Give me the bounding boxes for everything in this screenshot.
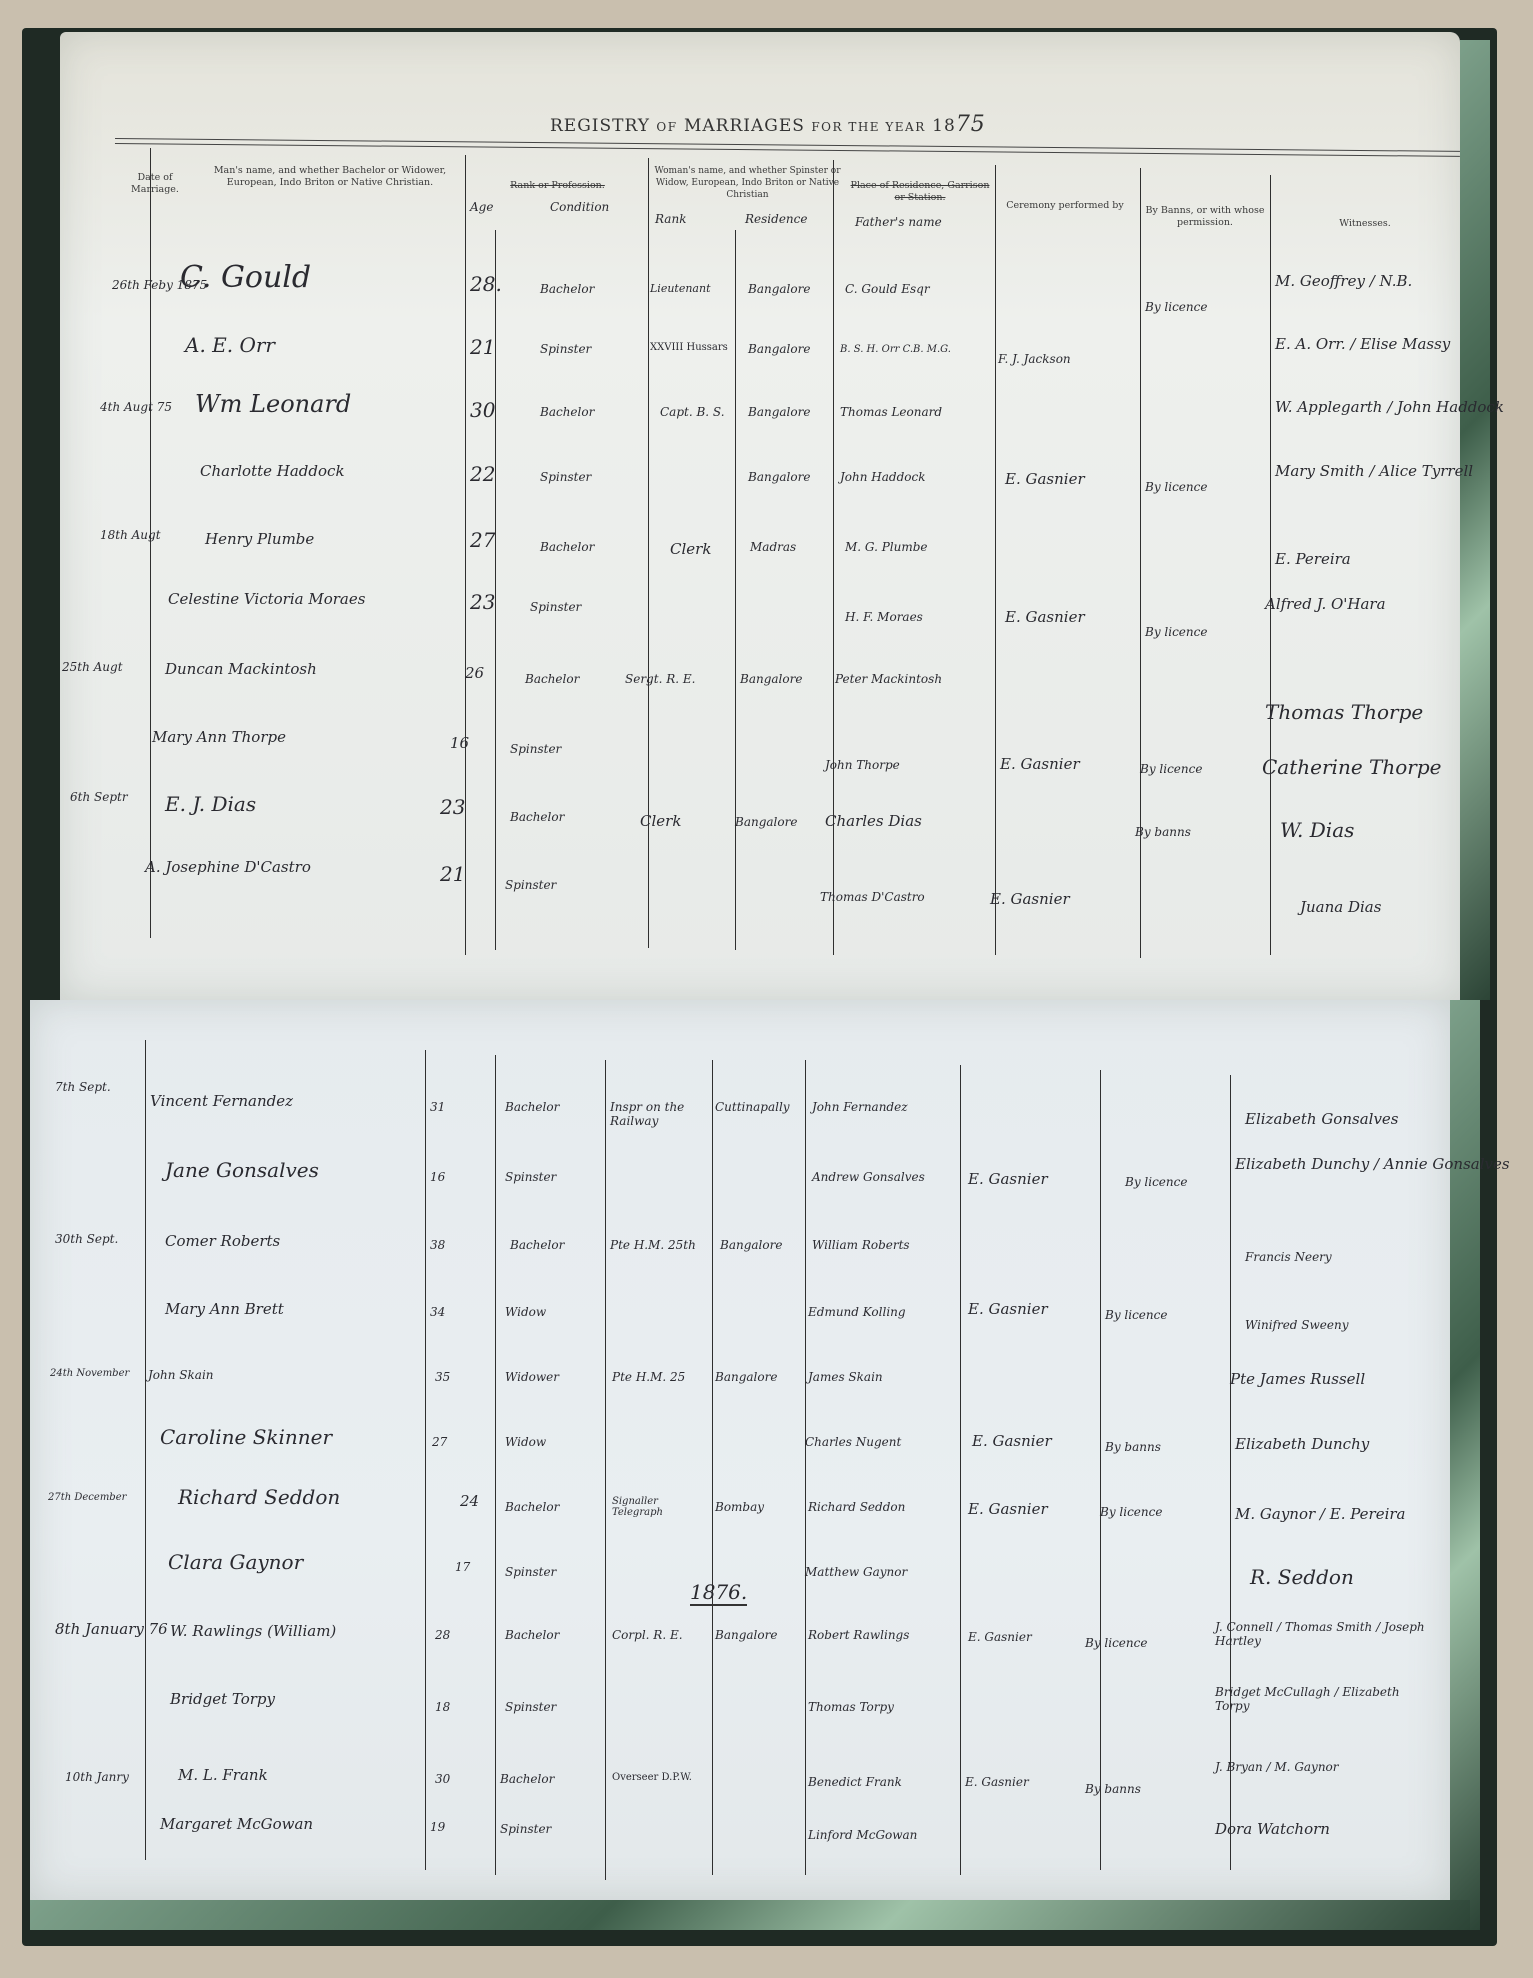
cell-age: 21 — [440, 862, 465, 886]
cell-condition: Spinster — [540, 342, 591, 356]
cell-condition: Bachelor — [510, 1238, 564, 1252]
cell-age: 30 — [470, 398, 495, 422]
cell-condition: Widow — [505, 1435, 546, 1449]
col-divider — [605, 1060, 606, 1880]
cell-witnesses: J. Connell / Thomas Smith / Joseph Hartl… — [1215, 1620, 1430, 1648]
cell-residence: Bangalore — [748, 405, 810, 419]
cell-witnesses: Juana Dias — [1300, 898, 1381, 916]
header-woman: Woman's name, and whether Spinster or Wi… — [650, 165, 845, 201]
header-place: Place of Residence, Garrison or Station. — [850, 180, 990, 204]
col-divider — [995, 165, 996, 955]
header-man: Man's name, and whether Bachelor or Wido… — [195, 165, 465, 189]
cell-witnesses: Dora Watchorn — [1215, 1820, 1330, 1838]
col-divider — [960, 1065, 961, 1875]
cell-witnesses: Bridget McCullagh / Elizabeth Torpy — [1215, 1685, 1430, 1713]
cell-witnesses: Pte James Russell — [1230, 1370, 1365, 1388]
cell-age: 38 — [430, 1238, 445, 1252]
header-residence-hand: Residence — [745, 212, 807, 226]
cell-age: 28 — [435, 1628, 450, 1642]
cell-witnesses: M. Gaynor / E. Pereira — [1235, 1505, 1406, 1523]
header-ceremony: Ceremony performed by — [1000, 200, 1130, 212]
col-divider — [495, 1055, 496, 1875]
cell-residence: Bangalore — [715, 1370, 777, 1384]
cell-witnesses: Catherine Thorpe — [1262, 755, 1441, 779]
cell-condition: Bachelor — [505, 1628, 559, 1642]
cell-age: 34 — [430, 1305, 445, 1319]
cell-name: Clara Gaynor — [168, 1550, 303, 1574]
cell-father: John Thorpe — [825, 758, 900, 772]
cell-condition: Bachelor — [540, 540, 594, 554]
cell-witnesses: R. Seddon — [1250, 1565, 1354, 1589]
col-divider — [833, 160, 834, 955]
cell-age: 35 — [435, 1370, 450, 1384]
cell-rank: Capt. B. S. — [660, 405, 725, 419]
cell-condition: Spinster — [505, 1565, 556, 1579]
col-divider — [1100, 1070, 1101, 1870]
cell-banns: By licence — [1085, 1636, 1147, 1650]
cell-date: 4th Augt 75 — [100, 400, 172, 414]
cell-father: Thomas D'Castro — [820, 890, 925, 904]
cell-date: 30th Sept. — [55, 1232, 118, 1246]
cell-father: Robert Rawlings — [808, 1628, 909, 1642]
cell-name: A. Josephine D'Castro — [145, 858, 311, 876]
cell-banns: By licence — [1100, 1505, 1162, 1519]
cell-name: C. Gould — [180, 260, 311, 295]
cell-condition: Spinster — [540, 470, 591, 484]
header-date: Date of Marriage. — [120, 172, 190, 196]
cell-ceremony: E. Gasnier — [965, 1775, 1029, 1789]
cell-banns: By licence — [1145, 300, 1207, 314]
year-note-1876: 1876. — [690, 1580, 747, 1606]
cell-banns: By licence — [1145, 480, 1207, 494]
cell-witnesses: Francis Neery — [1245, 1250, 1332, 1264]
cell-name: M. L. Frank — [178, 1766, 268, 1784]
cell-father: Matthew Gaynor — [805, 1565, 907, 1579]
cell-name: Henry Plumbe — [205, 530, 314, 548]
cell-condition: Spinster — [510, 742, 561, 756]
cell-rank: Overseer D.P.W. — [612, 1772, 692, 1783]
cell-date: 18th Augt — [100, 528, 161, 542]
title-registry: REGISTRY — [550, 116, 650, 136]
cell-age: 23 — [470, 590, 495, 614]
cell-witnesses: W. Applegarth / John Haddock — [1275, 398, 1504, 416]
title-marriages: MARRIAGES — [684, 116, 805, 136]
cell-father: Peter Mackintosh — [835, 672, 942, 686]
cell-father: William Roberts — [812, 1238, 910, 1252]
cell-age: 22 — [470, 462, 495, 486]
cell-name: Celestine Victoria Moraes — [168, 590, 365, 608]
title-for-the-year: FOR THE YEAR — [811, 120, 925, 134]
title-year-handwritten: 75 — [956, 112, 986, 137]
marbled-edge-foot — [30, 1900, 1470, 1930]
cell-residence: Bombay — [715, 1500, 764, 1514]
header-rank-hand: Rank — [655, 212, 686, 226]
cell-condition: Widower — [505, 1370, 559, 1384]
cell-condition: Widow — [505, 1305, 546, 1319]
cell-name: E. J. Dias — [165, 792, 256, 816]
header-condition: Condition — [550, 200, 609, 214]
cell-name: Bridget Torpy — [170, 1690, 275, 1708]
cell-ceremony: E. Gasnier — [968, 1300, 1048, 1318]
cell-ceremony: E. Gasnier — [990, 890, 1070, 908]
cell-father: C. Gould Esqr — [845, 282, 930, 296]
cell-age: 27 — [470, 528, 495, 552]
cell-condition: Spinster — [530, 600, 581, 614]
cell-name: John Skain — [148, 1368, 214, 1382]
cell-rank: Clerk — [640, 812, 681, 830]
cell-condition: Bachelor — [525, 672, 579, 686]
cell-name: Richard Seddon — [178, 1485, 340, 1509]
cell-father: Andrew Gonsalves — [812, 1170, 925, 1184]
cell-witnesses: E. A. Orr. / Elise Massy — [1275, 335, 1450, 353]
cell-name: Comer Roberts — [165, 1232, 280, 1250]
cell-father: John Haddock — [840, 470, 926, 484]
cell-rank: Signaller Telegraph — [612, 1496, 702, 1518]
cell-banns: By licence — [1105, 1308, 1167, 1322]
cell-residence: Bangalore — [720, 1238, 782, 1252]
cell-father: Charles Nugent — [805, 1435, 901, 1449]
header-witnesses: Witnesses. — [1280, 218, 1450, 230]
cell-age: 16 — [430, 1170, 445, 1184]
cell-age: 23 — [440, 795, 465, 819]
cell-banns: By banns — [1085, 1782, 1141, 1796]
cell-father: John Fernandez — [812, 1100, 908, 1114]
cell-witnesses: Elizabeth Dunchy — [1235, 1435, 1369, 1453]
cell-age: 21 — [470, 335, 495, 359]
cell-condition: Bachelor — [505, 1100, 559, 1114]
cell-father: Benedict Frank — [808, 1775, 902, 1789]
cell-witnesses: J. Bryan / M. Gaynor — [1215, 1760, 1339, 1774]
cell-age: 26 — [465, 664, 484, 682]
cell-name: Charlotte Haddock — [200, 462, 345, 480]
cell-ceremony: E. Gasnier — [1000, 755, 1080, 773]
cell-banns: By banns — [1135, 825, 1191, 839]
cell-name: Mary Ann Brett — [165, 1300, 284, 1318]
cell-age: 28. — [470, 272, 502, 296]
cell-name: Caroline Skinner — [160, 1425, 332, 1449]
cell-name: Wm Leonard — [195, 390, 351, 418]
cell-condition: Spinster — [505, 1700, 556, 1714]
cell-rank: Sergt. R. E. — [625, 672, 695, 686]
cell-age: 17 — [455, 1560, 470, 1574]
cell-rank: Clerk — [670, 540, 711, 558]
cell-condition: Bachelor — [540, 282, 594, 296]
cell-rank: Corpl. R. E. — [612, 1628, 683, 1642]
cell-witnesses: M. Geoffrey / N.B. — [1275, 272, 1412, 290]
header-banns: By Banns, or with whose permission. — [1140, 205, 1270, 229]
cell-rank: XXVIII Hussars — [650, 342, 728, 353]
cell-date: 7th Sept. — [55, 1080, 111, 1094]
cell-father: B. S. H. Orr C.B. M.G. — [840, 344, 951, 355]
cell-rank: Pte H.M. 25 — [612, 1370, 685, 1384]
cell-ceremony: E. Gasnier — [968, 1500, 1048, 1518]
cell-ceremony: E. Gasnier — [1005, 470, 1085, 488]
cell-condition: Spinster — [500, 1822, 551, 1836]
cell-witnesses: Elizabeth Gonsalves — [1245, 1110, 1399, 1128]
cell-father: Charles Dias — [825, 812, 922, 830]
cell-name: Jane Gonsalves — [165, 1158, 319, 1182]
cell-residence: Bangalore — [715, 1628, 777, 1642]
cell-father: H. F. Moraes — [845, 610, 923, 624]
cell-ceremony: E. Gasnier — [972, 1432, 1052, 1450]
cell-age: 31 — [430, 1100, 445, 1114]
cell-residence: Bangalore — [748, 282, 810, 296]
col-divider — [465, 155, 466, 955]
cell-witnesses: Alfred J. O'Hara — [1265, 595, 1386, 613]
cell-rank: Lieutenant — [650, 282, 711, 295]
cell-name: A. E. Orr — [185, 333, 275, 357]
col-divider — [150, 148, 151, 938]
page-title: REGISTRY OF MARRIAGES FOR THE YEAR 1875 — [550, 112, 986, 137]
cell-father: Richard Seddon — [808, 1500, 905, 1514]
cell-ceremony: E. Gasnier — [1005, 608, 1085, 626]
cell-father: Linford McGowan — [808, 1828, 917, 1842]
cell-banns: By licence — [1145, 625, 1207, 639]
cell-residence: Bangalore — [740, 672, 802, 686]
header-rank-print: Rank or Profession. — [470, 180, 645, 192]
cell-residence: Bangalore — [735, 815, 797, 829]
cell-age: 19 — [430, 1820, 445, 1834]
cell-banns: By licence — [1125, 1175, 1187, 1189]
cell-father: Thomas Leonard — [840, 405, 942, 419]
cell-witnesses: E. Pereira — [1275, 550, 1351, 568]
header-age: Age — [470, 200, 493, 214]
cell-residence: Cuttinapally — [715, 1100, 790, 1114]
cell-age: 24 — [460, 1492, 479, 1510]
cell-name: Mary Ann Thorpe — [152, 728, 286, 746]
cell-witnesses: Winifred Sweeny — [1245, 1318, 1349, 1332]
cell-father: Thomas Torpy — [808, 1700, 894, 1714]
cell-date: 27th December — [48, 1492, 126, 1503]
col-divider — [1230, 1075, 1231, 1870]
cell-age: 16 — [450, 734, 469, 752]
col-divider — [145, 1040, 146, 1860]
title-of: OF — [656, 120, 677, 134]
col-divider — [805, 1060, 806, 1875]
marbled-edge-top — [1460, 40, 1490, 1000]
cell-name: Vincent Fernandez — [150, 1092, 293, 1110]
cell-condition: Bachelor — [500, 1772, 554, 1786]
cell-rank: Inspr on the Railway — [610, 1100, 700, 1128]
cell-name: Margaret McGowan — [160, 1815, 313, 1833]
cell-witnesses: Thomas Thorpe — [1265, 700, 1423, 724]
cell-condition: Spinster — [505, 1170, 556, 1184]
cell-age: 27 — [432, 1435, 447, 1449]
cell-banns: By licence — [1140, 762, 1202, 776]
col-divider — [712, 1060, 713, 1875]
cell-residence: Bangalore — [748, 342, 810, 356]
cell-date: 25th Augt — [62, 660, 123, 674]
header-father-hand: Father's name — [855, 215, 942, 229]
cell-ceremony: F. J. Jackson — [998, 352, 1071, 366]
cell-witnesses: Elizabeth Dunchy / Annie Gonsalves — [1235, 1155, 1510, 1173]
cell-condition: Bachelor — [505, 1500, 559, 1514]
cell-condition: Spinster — [505, 878, 556, 892]
cell-residence: Madras — [750, 540, 796, 554]
cell-residence: Bangalore — [748, 470, 810, 484]
cell-date: 24th November — [50, 1368, 129, 1379]
cell-name: W. Rawlings (William) — [170, 1622, 336, 1640]
cell-father: James Skain — [808, 1370, 883, 1384]
cell-condition: Bachelor — [510, 810, 564, 824]
cell-banns: By banns — [1105, 1440, 1161, 1454]
cell-rank: Pte H.M. 25th — [610, 1238, 696, 1252]
cell-age: 18 — [435, 1700, 450, 1714]
cell-date: 6th Septr — [70, 790, 128, 804]
cell-ceremony: E. Gasnier — [968, 1170, 1048, 1188]
marbled-edge-bottom — [1450, 1000, 1480, 1930]
title-year-print: 18 — [932, 116, 956, 136]
col-divider — [425, 1050, 426, 1870]
cell-age: 30 — [435, 1772, 450, 1786]
col-divider — [1140, 168, 1141, 958]
cell-date: 10th Janry — [65, 1770, 129, 1784]
cell-name: Duncan Mackintosh — [165, 660, 317, 678]
cell-ceremony: E. Gasnier — [968, 1630, 1032, 1644]
cell-date: 8th January 76 — [55, 1620, 168, 1638]
cell-witnesses: Mary Smith / Alice Tyrrell — [1275, 462, 1473, 480]
cell-witnesses: W. Dias — [1280, 818, 1354, 842]
col-divider — [1270, 175, 1271, 955]
cell-father: M. G. Plumbe — [845, 540, 928, 554]
cell-condition: Bachelor — [540, 405, 594, 419]
col-divider — [735, 230, 736, 950]
cell-father: Edmund Kolling — [808, 1305, 906, 1319]
